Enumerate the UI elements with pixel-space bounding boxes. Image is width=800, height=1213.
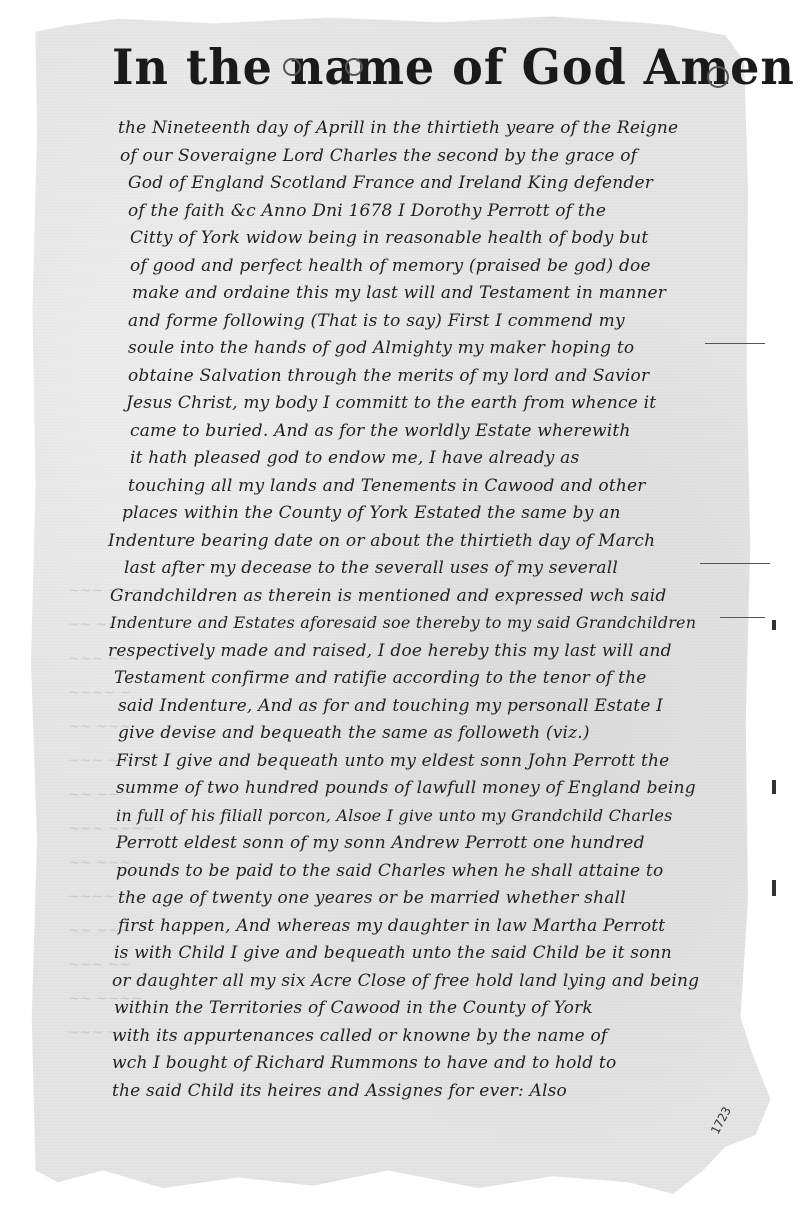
text-line: or daughter all my six Acre Close of fre… xyxy=(112,971,792,999)
text-line: Jesus Christ, my body I committ to the e… xyxy=(126,393,800,421)
text-line: Grandchildren as therein is mentioned an… xyxy=(110,586,790,614)
text-line: and forme following (That is to say) Fir… xyxy=(128,311,800,339)
text-line: places within the County of York Estated… xyxy=(122,503,800,531)
text-line: soule into the hands of god Almighty my … xyxy=(128,338,800,366)
flourish-icon xyxy=(283,58,301,76)
text-line: of good and perfect health of memory (pr… xyxy=(130,256,800,284)
will-body: the Nineteenth day of Aprill in the thir… xyxy=(100,118,780,1108)
text-line: Indenture and Estates aforesaid soe ther… xyxy=(110,613,790,641)
text-line: the age of twenty one yeares or be marri… xyxy=(118,888,798,916)
text-line: came to buried. And as for the worldly E… xyxy=(130,421,800,449)
text-line: is with Child I give and bequeath unto t… xyxy=(114,943,794,971)
text-line: obtaine Salvation through the merits of … xyxy=(128,366,800,394)
text-line: Indenture bearing date on or about the t… xyxy=(108,531,788,559)
text-line: touching all my lands and Tenements in C… xyxy=(128,476,800,504)
text-line: give devise and bequeath the same as fol… xyxy=(118,723,798,751)
text-line: last after my decease to the severall us… xyxy=(124,558,800,586)
text-line: of the faith &c Anno Dni 1678 I Dorothy … xyxy=(128,201,800,229)
text-line: summe of two hundred pounds of lawfull m… xyxy=(116,778,796,806)
text-line: the said Child its heires and Assignes f… xyxy=(112,1081,792,1109)
flourish-icon xyxy=(345,58,363,76)
text-line: said Indenture, And as for and touching … xyxy=(118,696,798,724)
line-filler-rule xyxy=(700,563,770,564)
text-line: with its appurtenances called or knowne … xyxy=(112,1026,792,1054)
flourish-icon xyxy=(707,66,729,88)
text-line: within the Territories of Cawood in the … xyxy=(114,998,794,1026)
text-line: respectively made and raised, I doe here… xyxy=(108,641,788,669)
text-line: Testament confirme and ratifie according… xyxy=(114,668,794,696)
text-line: it hath pleased god to endow me, I have … xyxy=(130,448,800,476)
line-filler-rule xyxy=(705,343,765,344)
text-line: Perrott eldest sonn of my sonn Andrew Pe… xyxy=(116,833,796,861)
text-line: pounds to be paid to the said Charles wh… xyxy=(116,861,796,889)
text-line: God of England Scotland France and Irela… xyxy=(128,173,800,201)
text-line: make and ordaine this my last will and T… xyxy=(132,283,800,311)
text-line: wch I bought of Richard Rummons to have … xyxy=(112,1053,792,1081)
text-line: in full of his filiall porcon, Alsoe I g… xyxy=(116,806,796,834)
document-title: In the name of God Amen xyxy=(112,39,772,96)
text-line: first happen, And whereas my daughter in… xyxy=(118,916,798,944)
text-line: First I give and bequeath unto my eldest… xyxy=(116,751,796,779)
line-filler-rule xyxy=(720,617,765,618)
text-line: the Nineteenth day of Aprill in the thir… xyxy=(118,118,798,146)
text-line: Citty of York widow being in reasonable … xyxy=(130,228,800,256)
text-line: of our Soveraigne Lord Charles the secon… xyxy=(120,146,800,174)
